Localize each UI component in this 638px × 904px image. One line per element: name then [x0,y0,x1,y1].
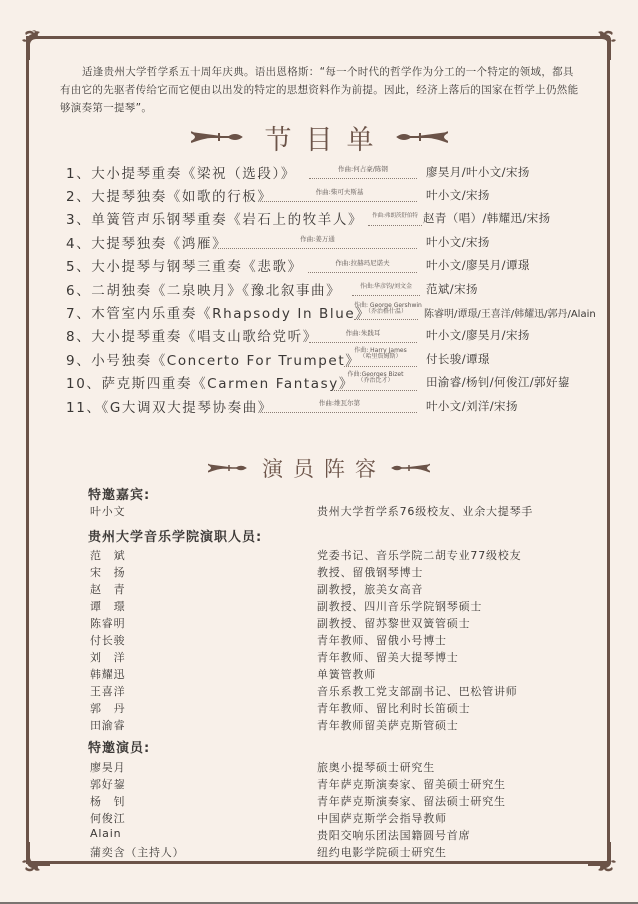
program-item: 2、大提琴独奏《如歌的行板》 作曲:柴可夫斯基 叶小文/宋扬 [66,183,596,206]
program-item-performers: 陈睿明/谭璟/王喜洋/韩耀迅/郭丹/Alain [424,305,596,320]
program-item-performers: 叶小文/宋扬 [426,187,490,203]
cast-desc: 副教授、四川音乐学院钢琴硕士 [317,598,482,614]
program-item-title: 3、单簧管声乐钢琴重奏《岩石上的牧羊人》 [66,208,363,228]
program-item: 7、木管室内乐重奏《Rhapsody In Blue》 作曲: George G… [66,300,596,323]
program-item: 5、大小提琴与钢琴三重奏《悲歌》 作曲:拉赫玛尼诺夫 叶小文/廖昊月/谭璟 [66,254,596,277]
composer-credit: 作曲: Harry James（哈里詹姆斯） [344,348,417,367]
cast-row: 赵 青副教授，旅美女高音 [90,581,560,598]
cast-desc: 副教授，旅美女高音 [317,581,423,597]
cast-name: 郭 丹 [90,700,125,716]
corner-ornament-icon [20,30,50,60]
composer-credit: 作曲:柴可夫斯基 [262,189,417,202]
program-item-performers: 范斌/宋扬 [426,281,478,297]
composer-name: 作曲:维瓦尔第 [319,399,360,407]
program-item-performers: 叶小文/廖昊月/宋扬 [426,327,530,343]
composer-name: 作曲:拉赫玛尼诺夫 [335,259,389,267]
composer-credit: 作曲:弗朗茨舒伯特 [368,213,422,226]
program-item: 3、单簧管声乐钢琴重奏《岩石上的牧羊人》 作曲:弗朗茨舒伯特 赵青（唱）/韩耀迅… [66,207,596,230]
program-item-title: 6、二胡独奏《二泉映月》《豫北叙事曲》 [66,279,341,299]
composer-credit: 作曲:朱践耳 [309,330,417,343]
cast-desc: 党委书记、音乐学院二胡专业77级校友 [317,547,521,563]
cast-row: 郭好鋆青年萨克斯演奏家、留美硕士研究生 [90,776,560,793]
cast-desc: 青年教师留美萨克斯管硕士 [317,717,459,733]
cast-row: 刘 洋青年教师、留美大提琴博士 [90,649,560,666]
composer-credit: 作曲:华彦钧/刘文金 [352,283,420,296]
program-item: 4、大提琴独奏《鸿雁》 作曲:姜万通 叶小文/宋扬 [66,230,596,253]
right-flourish-icon [388,462,430,474]
left-flourish-icon [208,462,250,474]
program-item: 11、《G大调双大提琴协奏曲》 作曲:维瓦尔第 叶小文/刘洋/宋扬 [66,394,596,417]
composer-name: 作曲:姜万通 [300,235,335,243]
composer-credit: 作曲:维瓦尔第 [262,400,417,413]
composer-credit: 作曲:姜万通 [218,236,417,249]
cast-row: 范 斌党委书记、音乐学院二胡专业77级校友 [90,547,560,564]
corner-ornament-icon [20,842,50,872]
composer-name-cn: （乔治比才） [334,378,417,384]
cast-desc: 旅奥小提琴硕士研究生 [317,759,435,775]
cast-name: 郭好鋆 [90,776,125,792]
cast-desc: 青年教师、留俄小号博士 [317,632,447,648]
right-flourish-icon [392,130,448,144]
composer-name: 作曲:华彦钧/刘文金 [360,283,412,290]
program-item-title: 11、《G大调双大提琴协奏曲》 [66,396,273,416]
cast-desc: 青年萨克斯演奏家、留法硕士研究生 [317,793,506,809]
program-item-performers: 廖昊月/叶小文/宋扬 [426,164,530,180]
cast-row: 田渝睿青年教师留美萨克斯管硕士 [90,717,560,734]
program-item: 1、大小提琴重奏《梁祝（选段）》 作曲:何占豪/陈钢 廖昊月/叶小文/宋扬 [66,160,596,183]
cast-row: Alain贵阳交响乐团法国籍圆号首席 [90,827,560,844]
program-item-performers: 赵青（唱）/韩耀迅/宋扬 [423,210,551,226]
cast-name: 范 斌 [90,547,125,563]
cast-name: 宋 扬 [90,564,125,580]
cast-name: 谭 璟 [90,598,125,614]
cast-desc: 教授、留俄钢琴博士 [317,564,423,580]
program-item-title: 7、木管室内乐重奏《Rhapsody In Blue》 [66,302,370,322]
corner-ornament-icon [588,30,618,60]
cast-desc: 纽约电影学院硕士研究生 [317,844,447,860]
composer-name-cn: （哈里詹姆斯） [344,354,417,360]
corner-ornament-icon [588,842,618,872]
cast-name: 蒲奕含（主持人） [90,844,184,860]
cast-row: 叶小文 贵州大学哲学系76级校友、业余大提琴手 [90,503,560,520]
program-item-performers: 叶小文/刘洋/宋扬 [426,398,518,414]
cast-desc: 副教授、留苏黎世双簧管硕士 [317,615,470,631]
cast-desc: 贵阳交响乐团法国籍圆号首席 [317,827,470,843]
cast-name: Alain [90,827,121,840]
invited-heading: 特邀演员: [88,737,150,756]
cast-row: 何俊江中国萨克斯学会指导教师 [90,810,560,827]
composer-name: 作曲:柴可夫斯基 [316,188,364,196]
program-item-title: 1、大小提琴重奏《梁祝（选段）》 [66,162,296,182]
cast-desc: 音乐系教工党支部副书记、巴松管讲师 [317,683,518,699]
cast-title: 演员阵容 [262,453,386,483]
program-item-performers: 付长骏/谭璟 [426,351,490,367]
composer-credit: 作曲:Georges Bizet（乔治比才） [334,372,417,391]
cast-name: 陈睿明 [90,615,125,631]
cast-row: 付长骏青年教师、留俄小号博士 [90,632,560,649]
cast-name: 赵 青 [90,581,125,597]
program-item: 9、小号独奏《Concerto For Trumpet》 作曲: Harry J… [66,347,596,370]
program-item-title: 2、大提琴独奏《如歌的行板》 [66,185,273,205]
program-title-block: 节目单 [0,117,638,157]
composer-name-cn: （乔治格什温） [354,309,418,315]
cast-row: 杨 钊青年萨克斯演奏家、留法硕士研究生 [90,793,560,810]
cast-desc: 青年萨克斯演奏家、留美硕士研究生 [317,776,506,792]
program-item-performers: 田渝睿/杨钊/何俊江/郭好鋆 [426,374,570,390]
program-item: 10、萨克斯四重奏《Carmen Fantasy》 作曲:Georges Biz… [66,371,596,394]
cast-name: 叶小文 [90,503,125,519]
cast-row: 谭 璟副教授、四川音乐学院钢琴硕士 [90,598,560,615]
program-item: 6、二胡独奏《二泉映月》《豫北叙事曲》 作曲:华彦钧/刘文金 范斌/宋扬 [66,277,596,300]
program-item-title: 8、大小提琴重奏《唱支山歌给党听》 [66,325,318,345]
left-flourish-icon [191,130,247,144]
intro-paragraph: 适逢贵州大学哲学系五十周年庆典。语出恩格斯：“每一个时代的哲学作为分工的一个特定… [60,63,580,117]
program-item-title: 5、大小提琴与钢琴三重奏《悲歌》 [66,255,303,275]
program-item-performers: 叶小文/廖昊月/谭璟 [426,257,530,273]
cast-row: 郭 丹青年教师、留比利时长笛硕士 [90,700,560,717]
cast-desc: 青年教师、留比利时长笛硕士 [317,700,470,716]
program-item: 8、大小提琴重奏《唱支山歌给党听》 作曲:朱践耳 叶小文/廖昊月/宋扬 [66,324,596,347]
cast-name: 王喜洋 [90,683,125,699]
program-title: 节目单 [265,118,388,157]
composer-name: 作曲:何占豪/陈钢 [338,165,388,173]
composer-name: 作曲:弗朗茨舒伯特 [372,213,418,219]
cast-row: 陈睿明副教授、留苏黎世双簧管硕士 [90,615,560,632]
cast-desc: 青年教师、留美大提琴博士 [317,649,459,665]
cast-name: 刘 洋 [90,649,125,665]
cast-name: 何俊江 [90,810,125,826]
cast-desc: 贵州大学哲学系76级校友、业余大提琴手 [317,503,533,519]
cast-row: 宋 扬教授、留俄钢琴博士 [90,564,560,581]
program-item-performers: 叶小文/宋扬 [426,234,490,250]
composer-credit: 作曲:何占豪/陈钢 [309,166,417,179]
guests-heading: 特邀嘉宾: [88,484,150,503]
faculty-heading: 贵州大学音乐学院演职人员: [88,526,262,545]
composer-credit: 作曲: George Gershwin（乔治格什温） [354,303,418,320]
cast-desc: 中国萨克斯学会指导教师 [317,810,447,826]
program-item-title: 4、大提琴独奏《鸿雁》 [66,232,227,252]
program-item-title: 9、小号独奏《Concerto For Trumpet》 [66,349,360,369]
program-item-title: 10、萨克斯四重奏《Carmen Fantasy》 [66,372,354,392]
cast-name: 田渝睿 [90,717,125,733]
cast-row: 王喜洋音乐系教工党支部副书记、巴松管讲师 [90,683,560,700]
cast-title-block: 演员阵容 [0,450,638,486]
composer-credit: 作曲:拉赫玛尼诺夫 [308,260,417,273]
cast-name: 韩耀迅 [90,666,125,682]
program-list: 1、大小提琴重奏《梁祝（选段）》 作曲:何占豪/陈钢 廖昊月/叶小文/宋扬 2、… [66,160,596,417]
composer-name: 作曲:朱践耳 [346,329,381,337]
cast-desc: 单簧管教师 [317,666,376,682]
cast-name: 杨 钊 [90,793,125,809]
cast-name: 廖昊月 [90,759,125,775]
cast-row: 蒲奕含（主持人）纽约电影学院硕士研究生 [90,844,560,861]
cast-name: 付长骏 [90,632,125,648]
cast-row: 廖昊月旅奥小提琴硕士研究生 [90,759,560,776]
cast-row: 韩耀迅单簧管教师 [90,666,560,683]
